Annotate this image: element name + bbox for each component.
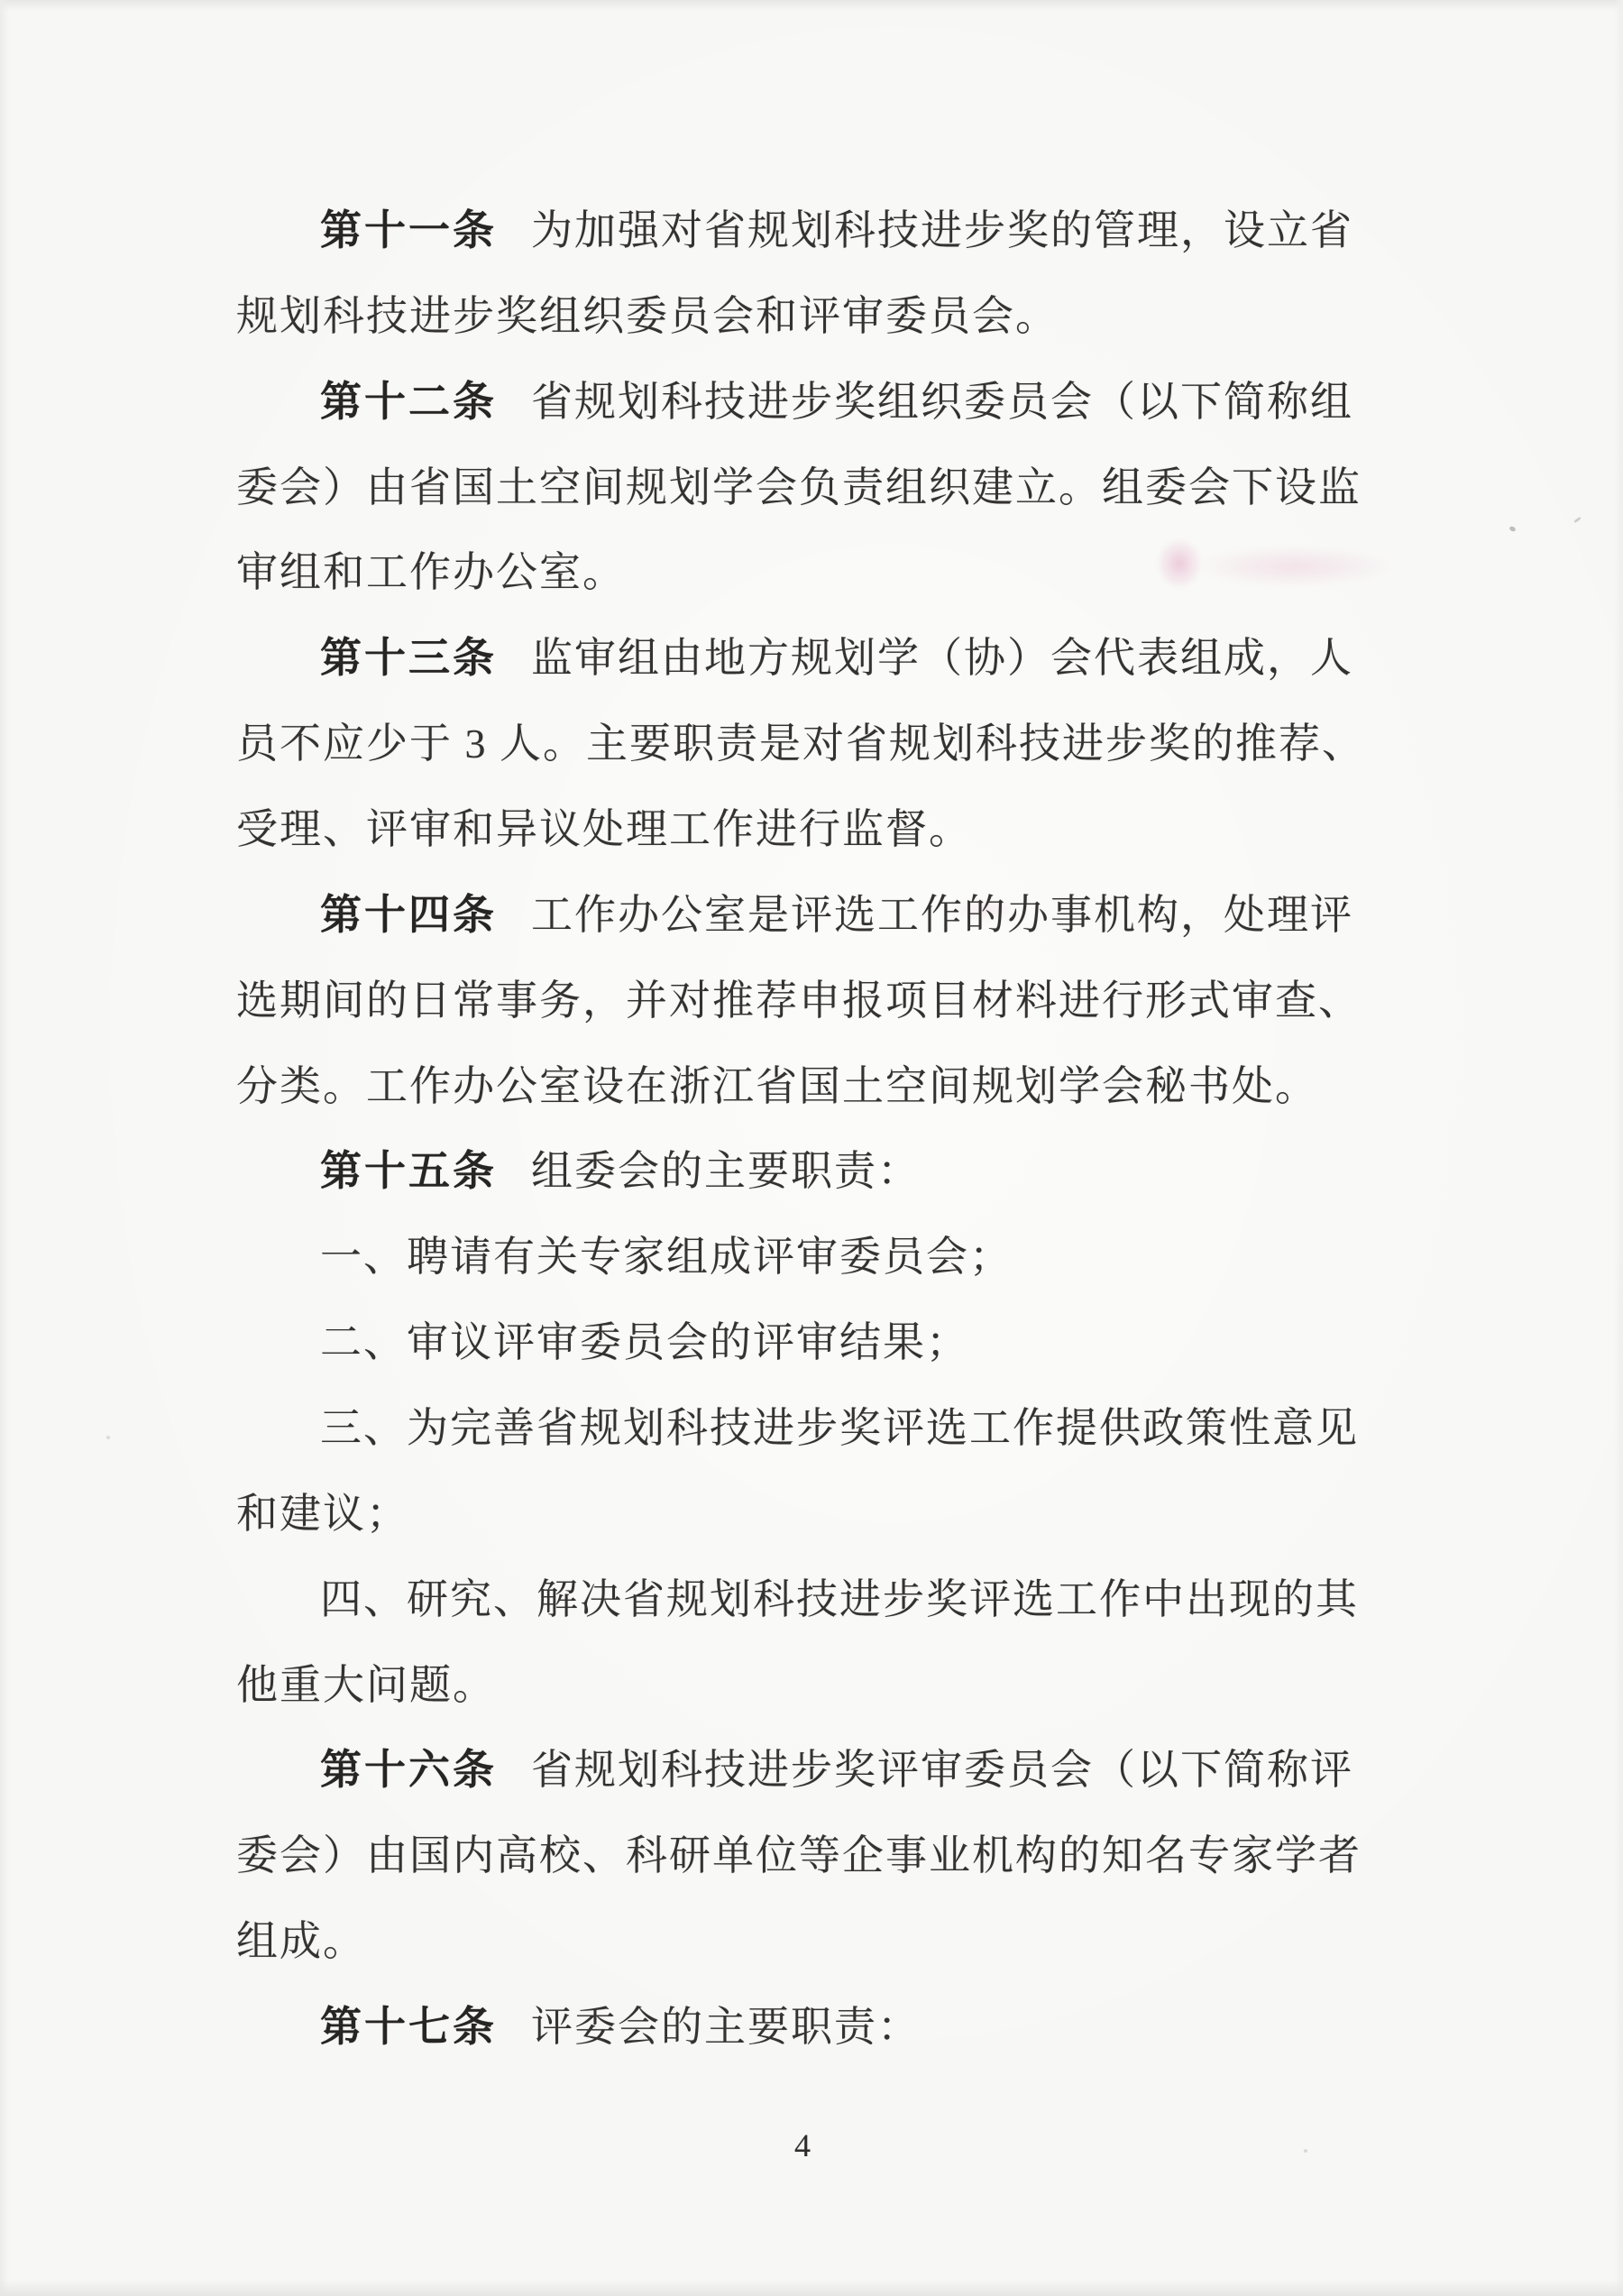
text-line: 他重大问题。 xyxy=(236,1659,496,1715)
line-text: 他重大问题。 xyxy=(236,1662,496,1708)
article-number: 第十六条 xyxy=(320,1747,497,1793)
text-line: 员不应少于 3 人。主要职责是对省规划科技进步奖的推荐、 xyxy=(236,718,1365,774)
scanned-document-page: 第十一条为加强对省规划科技进步奖的管理，设立省规划科技进步奖组织委员会和评审委员… xyxy=(0,0,1623,2296)
scan-speck xyxy=(106,1436,110,1439)
line-text: 监审组由地方规划学（协）会代表组成，人 xyxy=(531,635,1353,681)
line-text: 评委会的主要职责： xyxy=(531,2004,921,2050)
article-number: 第十一条 xyxy=(320,207,497,253)
line-text: 审组和工作办公室。 xyxy=(236,549,626,595)
text-line: 分类。工作办公室设在浙江省国土空间规划学会秘书处。 xyxy=(236,1061,1318,1116)
line-text: 省规划科技进步奖评审委员会（以下简称评 xyxy=(531,1747,1353,1793)
article-line: 第十五条组委会的主要职责： xyxy=(320,1145,921,1201)
article-number: 第十五条 xyxy=(320,1148,497,1194)
article-line: 第十二条省规划科技进步奖组织委员会（以下简称组 xyxy=(320,376,1353,432)
page-number: 4 xyxy=(775,2126,830,2164)
article-line: 第十四条工作办公室是评选工作的办事机构，处理评 xyxy=(320,889,1353,945)
line-text: 受理、评审和异议处理工作进行监督。 xyxy=(236,806,972,852)
text-line: 四、研究、解决省规划科技进步奖评选工作中出现的其 xyxy=(320,1574,1359,1630)
text-line: 受理、评审和异议处理工作进行监督。 xyxy=(236,804,972,859)
line-text: 三、为完善省规划科技进步奖评选工作提供政策性意见 xyxy=(320,1405,1359,1451)
line-text: 组成。 xyxy=(236,1918,366,1964)
text-line: 三、为完善省规划科技进步奖评选工作提供政策性意见 xyxy=(320,1402,1359,1458)
line-text: 工作办公室是评选工作的办事机构，处理评 xyxy=(531,892,1353,938)
line-text: 四、研究、解决省规划科技进步奖评选工作中出现的其 xyxy=(320,1576,1359,1622)
text-line: 选期间的日常事务，并对推荐申报项目材料进行形式审查、 xyxy=(236,975,1362,1031)
line-text: 规划科技进步奖组织委员会和评审委员会。 xyxy=(236,293,1059,339)
text-line: 委会）由省国土空间规划学会负责组织建立。组委会下设监 xyxy=(236,462,1362,518)
document-body: 第十一条为加强对省规划科技进步奖的管理，设立省规划科技进步奖组织委员会和评审委员… xyxy=(236,0,1390,2296)
article-number: 第十四条 xyxy=(320,892,497,938)
line-text: 选期间的日常事务，并对推荐申报项目材料进行形式审查、 xyxy=(236,978,1362,1024)
article-line: 第十三条监审组由地方规划学（协）会代表组成，人 xyxy=(320,632,1353,688)
line-text: 一、聘请有关专家组成评审委员会； xyxy=(320,1234,1013,1280)
text-line: 审组和工作办公室。 xyxy=(236,546,626,602)
scan-edge-right xyxy=(1614,0,1623,2296)
line-text: 委会）由省国土空间规划学会负责组织建立。组委会下设监 xyxy=(236,464,1362,510)
article-line: 第十七条评委会的主要职责： xyxy=(320,2001,921,2057)
line-text: 员不应少于 3 人。主要职责是对省规划科技进步奖的推荐、 xyxy=(236,721,1365,767)
scan-edge-left xyxy=(0,0,9,2296)
line-text: 委会）由国内高校、科研单位等企事业机构的知名专家学者 xyxy=(236,1832,1362,1878)
line-text: 为加强对省规划科技进步奖的管理，设立省 xyxy=(531,207,1353,253)
article-number: 第十二条 xyxy=(320,379,497,425)
text-line: 和建议； xyxy=(236,1488,409,1544)
line-text: 分类。工作办公室设在浙江省国土空间规划学会秘书处。 xyxy=(236,1063,1318,1109)
text-line: 一、聘请有关专家组成评审委员会； xyxy=(320,1231,1013,1287)
article-line: 第十六条省规划科技进步奖评审委员会（以下简称评 xyxy=(320,1744,1353,1800)
article-number: 第十三条 xyxy=(320,635,497,681)
line-text: 省规划科技进步奖组织委员会（以下简称组 xyxy=(531,379,1353,425)
text-line: 二、审议评审委员会的评审结果； xyxy=(320,1317,969,1373)
text-line: 委会）由国内高校、科研单位等企事业机构的知名专家学者 xyxy=(236,1830,1362,1886)
article-number: 第十七条 xyxy=(320,2004,497,2050)
text-line: 规划科技进步奖组织委员会和评审委员会。 xyxy=(236,290,1059,346)
line-text: 组委会的主要职责： xyxy=(531,1148,921,1194)
line-text: 和建议； xyxy=(236,1491,409,1537)
line-text: 二、审议评审委员会的评审结果； xyxy=(320,1319,969,1365)
scan-speck xyxy=(1508,526,1516,532)
scan-speck xyxy=(1573,517,1582,524)
text-line: 组成。 xyxy=(236,1915,366,1971)
article-line: 第十一条为加强对省规划科技进步奖的管理，设立省 xyxy=(320,205,1353,261)
